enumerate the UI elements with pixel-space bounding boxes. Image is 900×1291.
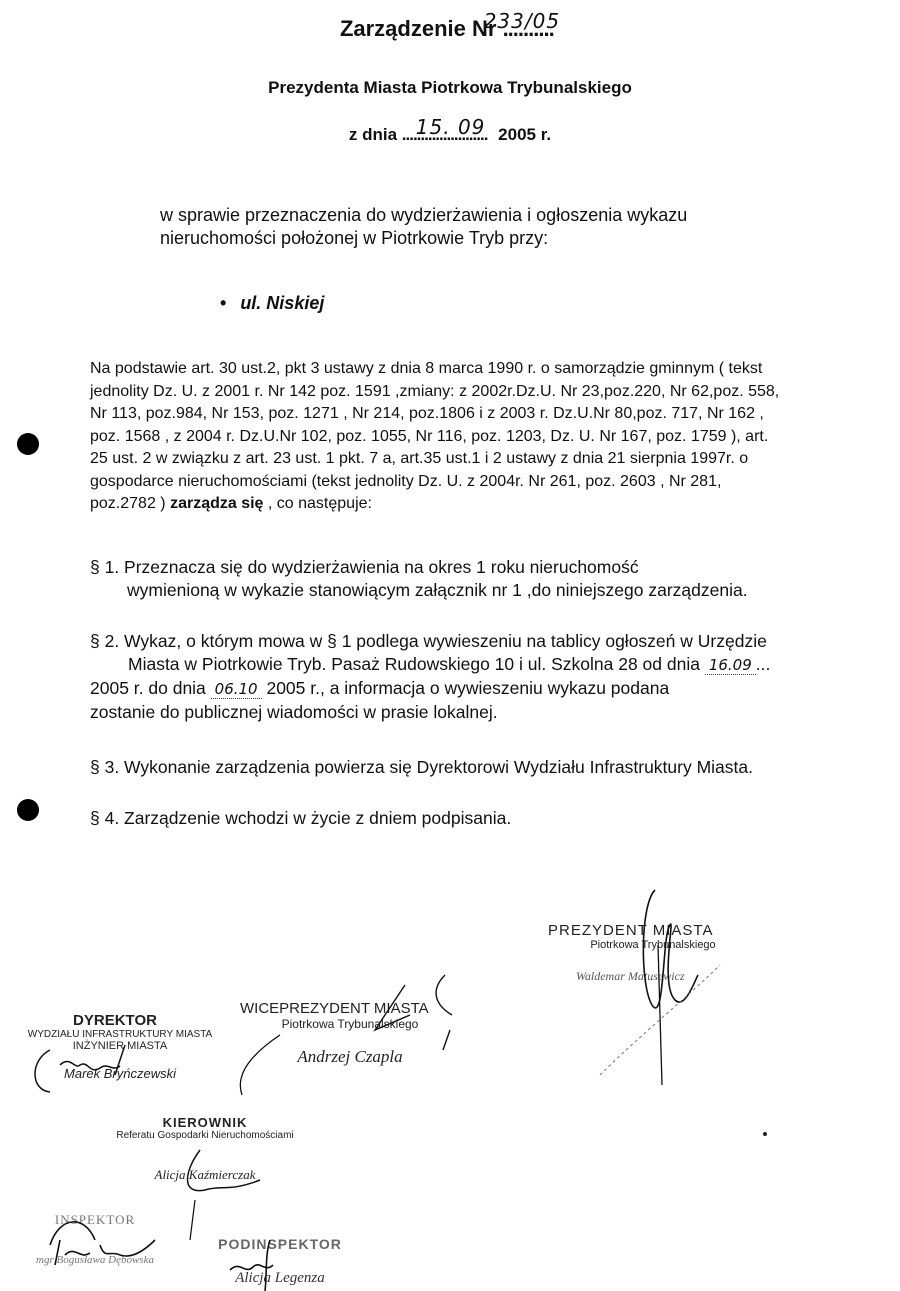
paragraph-2: § 2. Wykaz, o którym mowa w § 1 podlega … [90,630,890,724]
paragraph-line: 2005 r. do dnia 06.10 2005 r., a informa… [90,677,890,701]
legal-basis: Na podstawie art. 30 ust.2, pkt 3 ustawy… [90,358,880,516]
punch-hole-icon [17,799,39,821]
legal-text: , co następuje: [263,495,372,512]
paragraph-text: 2005 r., a informacja o wywieszeniu wyka… [262,678,670,698]
handwritten-order-number: 233/05 [484,9,560,33]
legal-line: poz.2782 ) zarządza się , co następuje: [90,493,880,516]
legal-line: Na podstawie art. 30 ust.2, pkt 3 ustawy… [90,358,880,381]
stamp-title: DYREKTOR [0,1012,230,1029]
legal-emphasis: zarządza się [170,495,263,512]
paragraph-line: zostanie do publicznej wiadomości w pras… [90,701,890,724]
legal-line: gospodarce nieruchomościami (tekst jedno… [90,471,880,494]
date-prefix: z dnia [349,125,397,144]
paragraph-3: § 3. Wykonanie zarządzenia powierza się … [90,756,890,779]
inspector-signature-icon [40,1215,170,1270]
paragraph-4: § 4. Zarządzenie wchodzi w życie z dniem… [90,807,890,830]
legal-line: jednolity Dz. U. z 2001 r. Nr 142 poz. 1… [90,381,880,404]
subject-line: w sprawie przeznaczenia do wydzierżawien… [160,204,800,227]
deputy-signature-icon [225,1235,295,1291]
legal-line: 25 ust. 2 w związku z art. 23 ust. 1 pkt… [90,448,880,471]
handwritten-date: 15. 09 [416,115,486,139]
punch-hole-icon [17,433,39,455]
subject-line: nieruchomości położonej w Piotrkowie Try… [160,227,800,250]
stamp-title: KIEROWNIK [85,1115,325,1130]
stray-mark [763,1132,767,1136]
paragraph-line: § 1. Przeznacza się do wydzierżawienia n… [90,556,890,579]
paragraph-text: Miasta w Piotrkowie Tryb. Pasaż Rudowski… [128,654,705,674]
director-signature-icon [30,1030,170,1100]
bullet-icon: • [220,293,226,313]
paragraph-1: § 1. Przeznacza się do wydzierżawienia n… [90,556,890,602]
street-name: ul. Niskiej [240,293,324,313]
legal-line: Nr 113, poz.984, Nr 153, poz. 1271 , Nr … [90,403,880,426]
paragraph-line: Miasta w Piotrkowie Tryb. Pasaż Rudowski… [90,653,890,677]
list-item: •ul. Niskiej [220,293,324,314]
paragraph-line: § 2. Wykaz, o którym mowa w § 1 podlega … [90,630,890,653]
issuer: Prezydenta Miasta Piotrkowa Trybunalskie… [0,78,900,98]
legal-line: poz. 1568 , z 2004 r. Dz.U.Nr 102, poz. … [90,426,880,449]
president-signature-icon [580,885,740,1085]
vice-president-signature-icon [230,975,470,1105]
handwritten-from-date: 16.09 [705,656,756,675]
title-prefix: Zarządzenie Nr [340,16,497,41]
date-suffix: 2005 r. [498,125,551,144]
paragraph-line: wymienioną w wykazie stanowiącym załączn… [90,579,890,602]
document-title: Zarządzenie Nr ..........233/05 [0,16,900,42]
subject: w sprawie przeznaczenia do wydzierżawien… [160,204,800,250]
paragraph-text: 2005 r. do dnia [90,678,211,698]
legal-text: poz.2782 ) [90,495,170,512]
date-field: ....................... 15. 09 [402,125,488,145]
dots: ... [756,654,771,674]
handwritten-to-date: 06.10 [211,680,262,699]
issue-date: z dnia ....................... 15. 09 20… [0,125,900,145]
